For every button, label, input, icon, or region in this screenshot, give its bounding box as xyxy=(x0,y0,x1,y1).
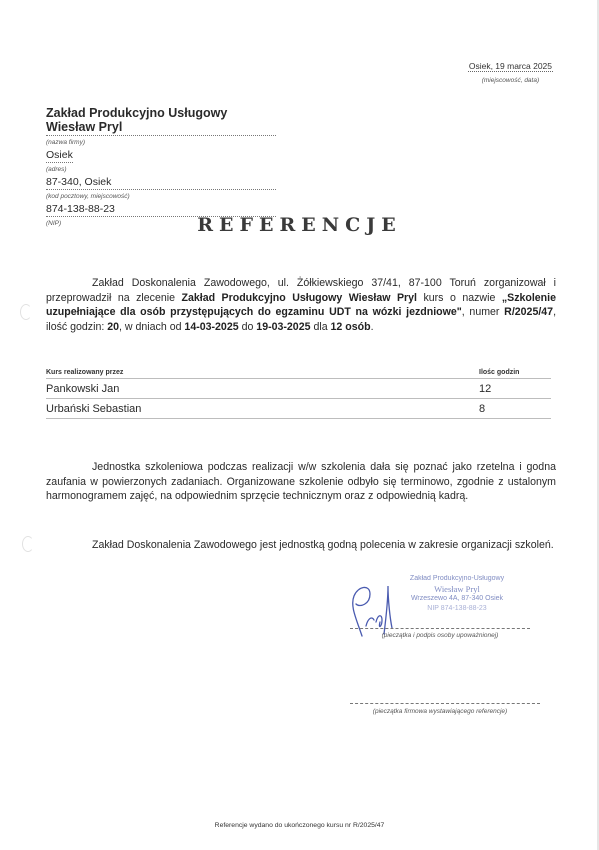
document-title: REFERENCJE xyxy=(0,214,599,236)
company-stamp: Zakład Produkcyjno-Usługowy Wiesław Pryl… xyxy=(392,574,522,614)
table-row: Pankowski Jan 12 xyxy=(46,379,551,399)
table-header-row: Kurs realizowany przez Ilośc godzin xyxy=(46,369,551,379)
text-segment: . xyxy=(371,321,374,333)
place-date: Osiek, 19 marca 2025 xyxy=(468,61,553,72)
table-row: Urbański Sebastian 8 xyxy=(46,399,551,419)
evaluation-text: Jednostka szkoleniowa podczas realizacji… xyxy=(46,461,556,502)
signature-line xyxy=(350,628,530,629)
company-address: Osiek xyxy=(46,149,73,163)
instructor-name: Pankowski Jan xyxy=(46,379,479,399)
company-stamp-line xyxy=(350,703,540,704)
paragraph-course-info: Zakład Doskonalenia Zawodowego, ul. Żółk… xyxy=(46,276,556,334)
header-hours: Ilośc godzin xyxy=(479,369,551,379)
stamp-line: NIP 874-138-88-23 xyxy=(392,604,522,614)
company-name: Zakład Produkcyjno Usługowy Wiesław Pryl xyxy=(46,106,276,136)
text-segment: , numer xyxy=(462,306,504,318)
place-date-block: Osiek, 19 marca 2025 (miejscowość, data) xyxy=(468,56,553,84)
punch-hole-mark xyxy=(22,536,34,552)
text-segment: kurs o nazwie xyxy=(417,292,502,304)
company-address-wrap: Osiek xyxy=(46,149,276,163)
company-block: Zakład Produkcyjno Usługowy Wiesław Pryl… xyxy=(46,106,276,228)
instructors-table: Kurs realizowany przez Ilośc godzin Pank… xyxy=(46,369,551,419)
date-from: 14-03-2025 xyxy=(184,321,238,333)
instructor-hours: 8 xyxy=(479,399,551,419)
instructor-hours: 12 xyxy=(479,379,551,399)
punch-hole-mark xyxy=(20,304,32,320)
footer-note: Referencje wydano do ukończonego kursu n… xyxy=(0,822,599,829)
company-postal-caption: (kod pocztowy, miejscowość) xyxy=(46,192,276,201)
signature-caption: (pieczątka i podpis osoby upoważnionej) xyxy=(330,632,550,639)
participants-count: 12 osób xyxy=(331,321,371,333)
handwritten-signature-icon xyxy=(348,578,404,638)
header-instructor: Kurs realizowany przez xyxy=(46,369,479,379)
company-postal: 87-340, Osiek xyxy=(46,176,276,190)
instructor-name: Urbański Sebastian xyxy=(46,399,479,419)
date-to: 19-03-2025 xyxy=(256,321,310,333)
stamp-line: Wiesław Pryl xyxy=(392,584,522,594)
stamp-line: Wrzeszewo 4A, 87-340 Osiek xyxy=(392,594,522,604)
client-company-name: Zakład Produkcyjno Usługowy Wiesław Pryl xyxy=(182,292,417,304)
text-segment: , w dniach od xyxy=(119,321,184,333)
text-segment: do xyxy=(239,321,257,333)
course-hours: 20 xyxy=(107,321,119,333)
paragraph-recommendation: Zakład Doskonalenia Zawodowego jest jedn… xyxy=(46,538,556,553)
stamp-line: Zakład Produkcyjno-Usługowy xyxy=(392,574,522,584)
paragraph-evaluation: Jednostka szkoleniowa podczas realizacji… xyxy=(46,460,556,504)
company-address-caption: (adres) xyxy=(46,165,276,174)
company-stamp-caption: (pieczątka firmowa wystawiającego refere… xyxy=(330,708,550,715)
place-date-caption: (miejscowość, data) xyxy=(468,77,553,84)
text-segment: dla xyxy=(311,321,331,333)
company-name-caption: (nazwa firmy) xyxy=(46,138,276,147)
course-number: R/2025/47 xyxy=(504,306,553,318)
recommendation-text: Zakład Doskonalenia Zawodowego jest jedn… xyxy=(92,539,554,551)
reference-letter-page: Osiek, 19 marca 2025 (miejscowość, data)… xyxy=(0,0,599,850)
